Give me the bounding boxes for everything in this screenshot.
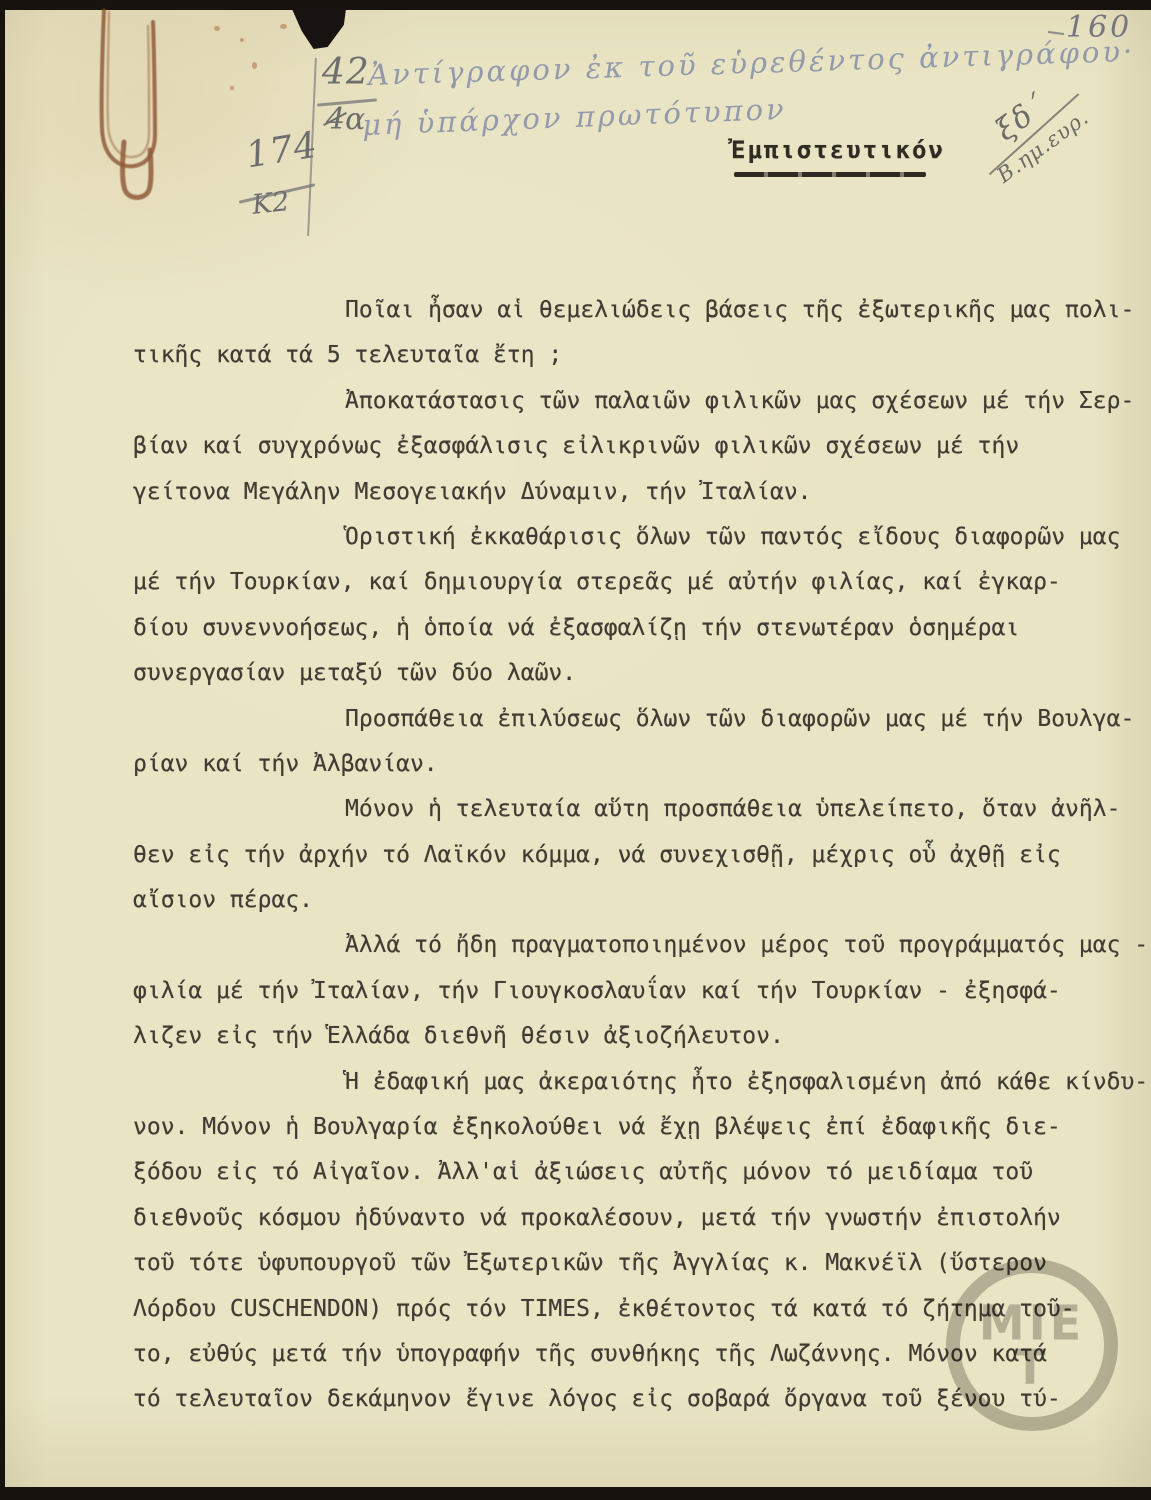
text-line: Μόνον ἡ τελευταία αὕτη προσπάθεια ὑπελεί…	[133, 787, 1093, 832]
scan-edge-bottom	[0, 1487, 1151, 1500]
rust-speck	[280, 24, 287, 29]
text-line: φιλία μέ τήν Ἰταλίαν, τήν Γιουγκοσλαυΐαν…	[133, 969, 1093, 1014]
text-line: τό τελευταῖον δεκάμηνον ἔγινε λόγος εἰς …	[133, 1377, 1093, 1422]
paperclip-stain	[78, 2, 188, 217]
archive-number-top-numerator: 42	[322, 52, 370, 93]
text-line: γείτονα Μεγάλην Μεσογειακήν Δύναμιν, τήν…	[133, 470, 1093, 515]
text-line: θεν εἰς τήν ἀρχήν τό Λαϊκόν κόμμα, νά συ…	[133, 833, 1093, 878]
text-line: τικῆς κατά τά 5 τελευταῖα ἔτη ;	[133, 333, 1093, 378]
rust-speck	[230, 86, 234, 90]
text-line: Ἀποκατάστασις τῶν παλαιῶν φιλικῶν μας σχ…	[133, 379, 1093, 424]
text-line: Προσπάθεια ἐπιλύσεως ὅλων τῶν διαφορῶν μ…	[133, 697, 1093, 742]
archive-number-left-denominator: Κ2	[250, 186, 290, 221]
text-line: Ἡ ἐδαφική μας ἀκεραιότης ἦτο ἐξησφαλισμέ…	[133, 1060, 1093, 1105]
text-line: ξόδου εἰς τό Αἰγαῖον. Ἀλλ'αἱ ἀξιώσεις αὐ…	[133, 1150, 1093, 1195]
text-line: λιζεν εἰς τήν Ἑλλάδα διεθνῆ θέσιν ἀξιοζή…	[133, 1014, 1093, 1059]
rust-speck	[240, 38, 244, 42]
watermark-monogram: ΜΙΕΤ	[978, 1301, 1086, 1390]
text-line: Ποῖαι ἦσαν αἱ θεμελιώδεις βάσεις τῆς ἐξω…	[133, 288, 1093, 333]
text-line: τοῦ τότε ὑφυπουργοῦ τῶν Ἐξωτερικῶν τῆς Ἀ…	[133, 1241, 1093, 1286]
pen-stroke	[1048, 31, 1064, 35]
text-line: συνεργασίαν μεταξύ τῶν δύο λαῶν.	[133, 651, 1093, 696]
rust-speck	[252, 62, 257, 69]
text-line: Ἀλλά τό ἤδη πραγματοποιημένον μέρος τοῦ …	[133, 923, 1093, 968]
archive-watermark-stamp: ΜΙΕΤ	[946, 1259, 1118, 1431]
scan-edge-left	[0, 0, 5, 1500]
scanned-document-page: 42 4α 174 Κ2 160 Ἀντίγραφον ἐκ τοῦ εὑρεθ…	[0, 0, 1151, 1500]
archive-number-left-numerator: 174	[243, 125, 320, 177]
text-line: βίαν καί συγχρόνως ἐξασφάλισις εἰλικρινῶ…	[133, 424, 1093, 469]
handwritten-note-line1: Ἀντίγραφον ἐκ τοῦ εὑρεθέντος ἀντιγράφου·	[368, 34, 1136, 92]
text-line: ρίαν καί τήν Ἀλβανίαν.	[133, 742, 1093, 787]
text-line: μέ τήν Τουρκίαν, καί δημιουργία στερεᾶς …	[133, 560, 1093, 605]
heading-underline	[734, 172, 926, 177]
text-line: δίου συνεννοήσεως, ἡ ὁποία νά ἐξασφαλίζῃ…	[133, 606, 1093, 651]
handwritten-corner-mark: ξδ΄ Β.ημ.ευρ.	[935, 48, 1151, 257]
text-line: αἴσιον πέρας.	[133, 878, 1093, 923]
scan-tear-notch	[292, 9, 346, 49]
text-line: διεθνοῦς κόσμου ἠδύναντο νά προκαλέσουν,…	[133, 1196, 1093, 1241]
handwritten-note-line2: μή ὑπάρχον πρωτότυπον	[362, 92, 788, 142]
rust-speck	[214, 26, 220, 31]
text-line: Ὁριστική ἐκκαθάρισις ὅλων τῶν παντός εἴδ…	[133, 515, 1093, 560]
body-text: Ποῖαι ἦσαν αἱ θεμελιώδεις βάσεις τῆς ἐξω…	[133, 288, 1093, 1423]
text-line: νον. Μόνον ἡ Βουλγαρία ἐξηκολούθει νά ἔχ…	[133, 1105, 1093, 1150]
document-classification-heading: Ἐμπιστευτικόν	[731, 136, 945, 164]
